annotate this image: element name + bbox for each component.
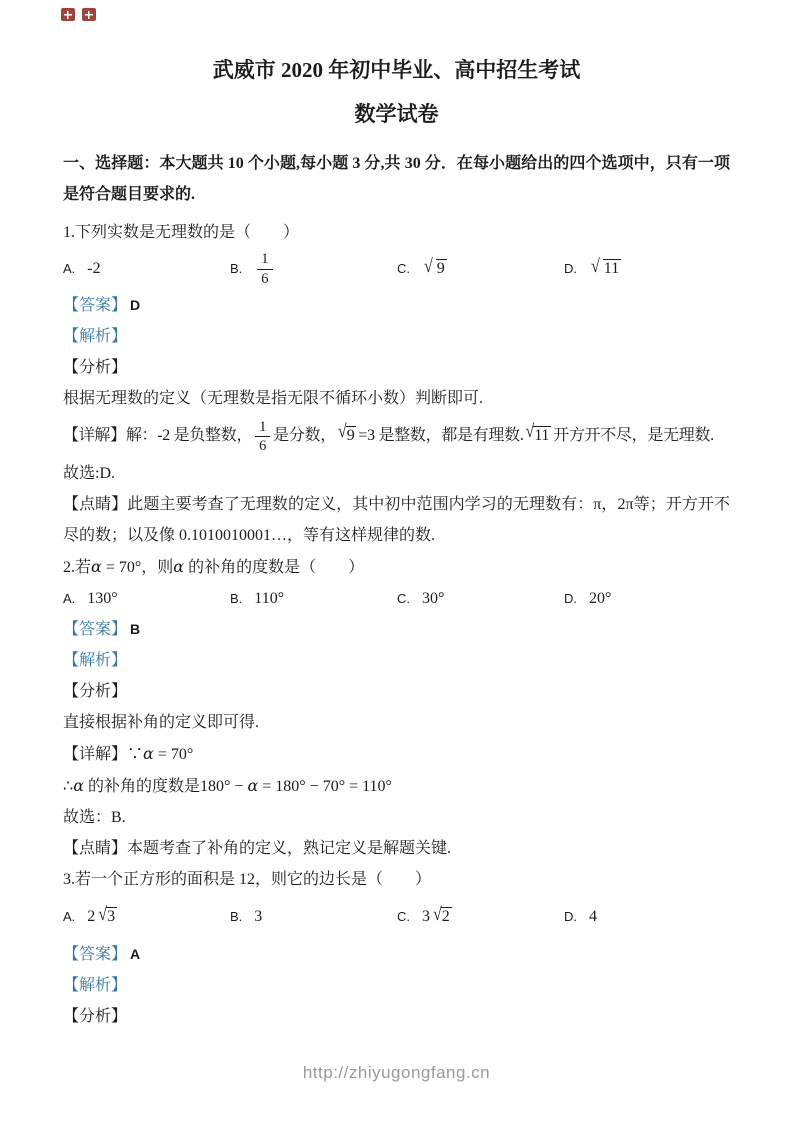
stamp-icon (61, 8, 75, 21)
text-run: = 70° (102, 559, 141, 576)
detail-label: 【详解】 (63, 746, 127, 763)
text-run: 开方开不尽，是无理数. (553, 427, 714, 444)
coefficient: 3 (422, 908, 430, 925)
option-value: 4 (589, 908, 597, 925)
section-heading: 一、选择题：本大题共 10 个小题,每小题 3 分,共 30 分．在每小题给出的… (63, 148, 730, 210)
radical-sign: √ (424, 257, 432, 278)
analysis-text: 根据无理数的定义（无理数是指无限不循环小数）判断即可. (63, 383, 730, 414)
explain-label: 【解析】 (63, 321, 730, 352)
alpha-symbol: α (143, 744, 154, 763)
options-row: A. 130° B. 110° C. 30° D. 20° (63, 583, 730, 614)
text-run: 的补角的度数是 (84, 778, 200, 795)
option-c: C. 30° (397, 590, 564, 608)
note-line: 【点睛】本题考查了补角的定义，熟记定义是解题关键. (63, 833, 730, 864)
text-run: 的补角的度数是（ ） (184, 559, 364, 576)
question-stem: 1.下列实数是无理数的是（ ） (63, 217, 730, 248)
corner-stamps (61, 8, 96, 21)
note-text: 本题考查了补角的定义，熟记定义是解题关键. (127, 840, 451, 857)
option-letter: C. (397, 591, 410, 606)
option-b: B. 3 (230, 908, 397, 926)
radicand: 9 (436, 259, 447, 278)
option-a: A. 2√3 (63, 907, 230, 926)
radical-sign: √ (338, 406, 346, 458)
option-b: B. 1 6 (230, 251, 397, 286)
detail-line-2: ∴α 的补角的度数是180° − α = 180° − 70° = 110° (63, 770, 730, 802)
fraction-numerator: 1 (255, 419, 270, 436)
fraction-denominator: 6 (257, 269, 272, 287)
radical-sign: √ (591, 257, 599, 278)
exam-title: 武威市 2020 年初中毕业、高中招生考试 (63, 56, 730, 84)
stamp-icon (82, 8, 96, 21)
option-value: 20° (589, 590, 611, 607)
option-c: C. 3√2 (397, 907, 564, 926)
option-letter: C. (397, 261, 410, 276)
note-line: 【点睛】此题主要考查了无理数的定义，其中初中范围内学习的无理数有：π，2π等；开… (63, 489, 730, 551)
radicand: 11 (533, 426, 551, 445)
option-letter: A. (63, 591, 75, 606)
option-value: 110° (254, 590, 284, 607)
options-row: A. -2 B. 1 6 C. √ 9 D. √ (63, 248, 730, 290)
option-letter: D. (564, 261, 577, 276)
detail-line: 【详解】解：-2 是负整数，16是分数，√9=3 是整数，都是有理数.√11开方… (63, 414, 730, 458)
text-run: 2.若 (63, 559, 91, 576)
option-d: D. √ 11 (564, 259, 730, 278)
alpha-symbol: α (173, 557, 184, 576)
note-text: 此题主要考查了无理数的定义，其中初中范围内学习的无理数有：π，2π等；开方开不尽… (63, 496, 730, 544)
fraction-numerator: 1 (257, 251, 272, 268)
answer-value: A (130, 946, 140, 962)
answer-label: 【答案】 (63, 946, 127, 963)
option-value: -2 (87, 260, 100, 277)
radical-sign: √ (526, 406, 534, 458)
conclusion-text: 故选:D. (63, 458, 730, 489)
text-run: ，则 (141, 559, 173, 576)
detail-label: 【详解】 (63, 427, 126, 444)
sqrt-expression: √3 (98, 907, 117, 926)
answer-label: 【答案】 (63, 621, 127, 638)
sqrt-expression: √ 11 (591, 259, 621, 278)
explain-label: 【解析】 (63, 970, 730, 1001)
coefficient: 2 (87, 908, 95, 925)
option-c: C. √ 9 (397, 259, 564, 278)
conclusion-text: 故选：B. (63, 802, 730, 833)
equation-run: = 180° − 70° = 110° (258, 778, 392, 795)
analysis-text: 直接根据补角的定义即可得. (63, 707, 730, 738)
options-row: A. 2√3 B. 3 C. 3√2 D. 4 (63, 895, 730, 939)
option-letter: B. (230, 261, 242, 276)
fraction: 16 (255, 419, 270, 454)
radicand: 11 (603, 259, 621, 278)
sqrt-expression: √2 (433, 907, 452, 926)
text-run: 是分数， (273, 427, 336, 444)
sqrt-expression: √ 9 (424, 259, 447, 278)
answer-value: B (130, 621, 140, 637)
option-value: 30° (422, 590, 444, 607)
text-run: =3 是整数，都是有理数. (358, 427, 523, 444)
option-a: A. 130° (63, 590, 230, 608)
analysis-label: 【分析】 (63, 676, 730, 707)
option-letter: C. (397, 909, 410, 924)
alpha-symbol: α (73, 776, 84, 795)
watermark: http://zhiyugongfang.cn (0, 1063, 793, 1083)
question-2: 2.若α = 70°，则α 的补角的度数是（ ） A. 130° B. 110°… (63, 551, 730, 864)
analysis-label: 【分析】 (63, 352, 730, 383)
radicand: 9 (346, 426, 357, 445)
option-letter: D. (564, 591, 577, 606)
option-letter: D. (564, 909, 577, 924)
text-run: = 70° (154, 746, 193, 763)
fraction-denominator: 6 (255, 436, 270, 454)
exam-subtitle: 数学试卷 (63, 100, 730, 128)
radical-sign: √ (98, 905, 106, 926)
option-letter: A. (63, 261, 75, 276)
document-page: 武威市 2020 年初中毕业、高中招生考试 数学试卷 一、选择题：本大题共 10… (0, 0, 793, 1122)
detail-line: 【详解】∵α = 70° (63, 738, 730, 770)
answer-label: 【答案】 (63, 297, 127, 314)
option-d: D. 4 (564, 908, 730, 926)
analysis-label: 【分析】 (63, 1001, 730, 1032)
explain-label: 【解析】 (63, 645, 730, 676)
sqrt-expression: √9 (338, 414, 356, 458)
answer-line: 【答案】A (63, 939, 730, 970)
option-b: B. 110° (230, 590, 397, 608)
question-stem: 3.若一个正方形的面积是 12，则它的边长是（ ） (63, 864, 730, 895)
question-stem: 2.若α = 70°，则α 的补角的度数是（ ） (63, 551, 730, 583)
equation-run: 180° − (200, 778, 247, 795)
answer-line: 【答案】B (63, 614, 730, 645)
answer-line: 【答案】D (63, 290, 730, 321)
note-label: 【点睛】 (63, 840, 127, 857)
option-letter: B. (230, 909, 242, 924)
option-a: A. -2 (63, 260, 230, 278)
radicand: 3 (106, 907, 117, 926)
text-run: 解：-2 是负整数， (126, 427, 252, 444)
alpha-symbol: α (247, 776, 258, 795)
fraction: 1 6 (257, 251, 272, 286)
alpha-symbol: α (91, 557, 102, 576)
therefore-symbol: ∴ (63, 778, 73, 795)
option-value: 130° (87, 590, 117, 607)
because-symbol: ∵ (127, 746, 143, 763)
question-1: 1.下列实数是无理数的是（ ） A. -2 B. 1 6 C. √ 9 (63, 217, 730, 551)
radicand: 2 (441, 907, 452, 926)
sqrt-expression: √11 (526, 414, 552, 458)
option-letter: B. (230, 591, 242, 606)
radical-sign: √ (433, 905, 441, 926)
question-3: 3.若一个正方形的面积是 12，则它的边长是（ ） A. 2√3 B. 3 C.… (63, 864, 730, 1032)
option-d: D. 20° (564, 590, 730, 608)
answer-value: D (130, 297, 140, 313)
option-value: 3 (254, 908, 262, 925)
option-letter: A. (63, 909, 75, 924)
note-label: 【点睛】 (63, 496, 127, 513)
